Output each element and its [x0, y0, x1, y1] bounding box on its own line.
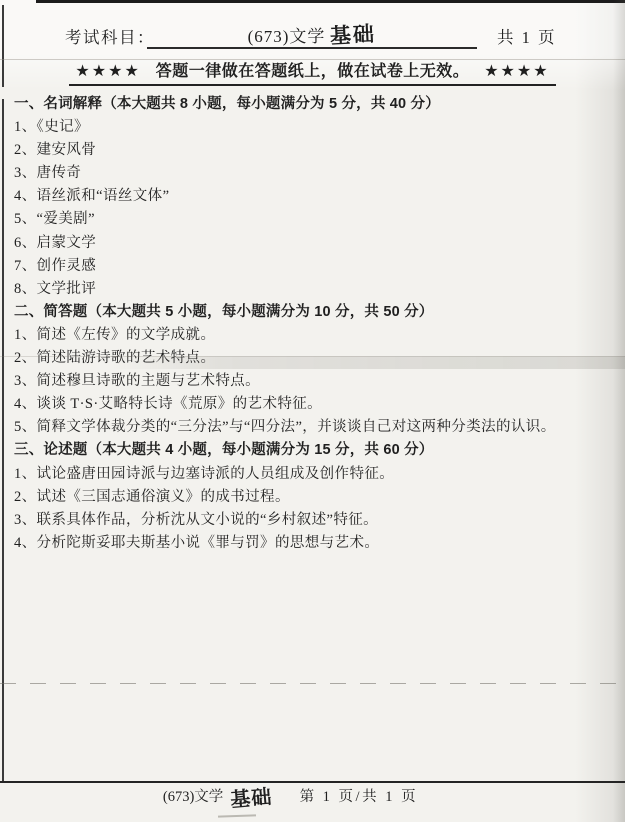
question-item: 3、唐传奇: [14, 162, 619, 185]
question-item: 5、简释文学体裁分类的“三分法”与“四分法”，并谈谈自己对这两种分类法的认识。: [14, 416, 619, 439]
question-item: 5、“爱美剧”: [14, 208, 619, 231]
question-item: 1、试论盛唐田园诗派与边塞诗派的人员组成及创作特征。: [14, 463, 619, 486]
section-1-heading: 一、名词解释（本大题共 8 小题，每小题满分为 5 分，共 40 分）: [14, 93, 619, 116]
question-item: 4、语丝派和“语丝文体”: [14, 185, 619, 208]
section-3-heading: 三、论述题（本大题共 4 小题，每小题满分为 15 分，共 60 分）: [14, 439, 619, 462]
answer-sheet-notice: ★★★★ 答题一律做在答题纸上，做在试卷上无效。 ★★★★: [0, 58, 625, 86]
subject-handwritten: 基础: [330, 24, 377, 47]
stars-right-icon: ★★★★: [484, 63, 549, 80]
stars-left-icon: ★★★★: [75, 63, 140, 80]
question-item: 3、联系具体作品，分析沈从文小说的“乡村叙述”特征。: [14, 509, 619, 532]
question-item: 6、启蒙文学: [14, 232, 619, 255]
question-item: 7、创作灵感: [14, 255, 619, 278]
question-item: 4、分析陀斯妥耶夫斯基小说《罪与罚》的思想与艺术。: [14, 532, 619, 555]
notice-text: 答题一律做在答题纸上，做在试卷上无效。: [156, 63, 470, 80]
question-item: 2、试述《三国志通俗演义》的成书过程。: [14, 486, 619, 509]
scan-edge-left: [2, 5, 4, 782]
paper-crease-band: [0, 356, 625, 369]
footer-page-info: 第 1 页/共 1 页: [300, 789, 419, 805]
footer-rule: [0, 781, 625, 783]
scan-edge-right: [613, 0, 625, 822]
question-body: 一、名词解释（本大题共 8 小题，每小题满分为 5 分，共 40 分） 1、《史…: [14, 93, 619, 555]
footer: (673)文学 基础 第 1 页/共 1 页: [0, 785, 603, 806]
question-item: 8、文学批评: [14, 278, 619, 301]
subject-underline-field: (673)文学 基础: [147, 18, 477, 49]
question-item: 4、谈谈 T·S·艾略特长诗《荒原》的艺术特征。: [14, 393, 619, 416]
question-item: 3、简述穆旦诗歌的主题与艺术特点。: [14, 370, 619, 393]
subject-label: 考试科目：: [65, 24, 155, 48]
question-item: 1、简述《左传》的文学成就。: [14, 324, 619, 347]
footer-subject-printed: (673)文学: [163, 789, 223, 805]
question-item: 1、《史记》: [14, 116, 619, 139]
pages-total: 共 1 页: [497, 24, 557, 48]
exam-paper-scan: 考试科目： (673)文学 基础 共 1 页 ★★★★ 答题一律做在答题纸上，做…: [0, 0, 625, 822]
section-2-heading: 二、简答题（本大题共 5 小题，每小题满分为 10 分，共 50 分）: [14, 301, 619, 324]
subject-printed: (673)文学: [248, 22, 326, 47]
paper-crease-bottom: [0, 683, 625, 684]
scan-smudge: [218, 814, 256, 817]
footer-subject-handwritten: 基础: [229, 787, 273, 811]
question-item: 2、建安风骨: [14, 139, 619, 162]
scan-edge-top: [36, 0, 625, 3]
